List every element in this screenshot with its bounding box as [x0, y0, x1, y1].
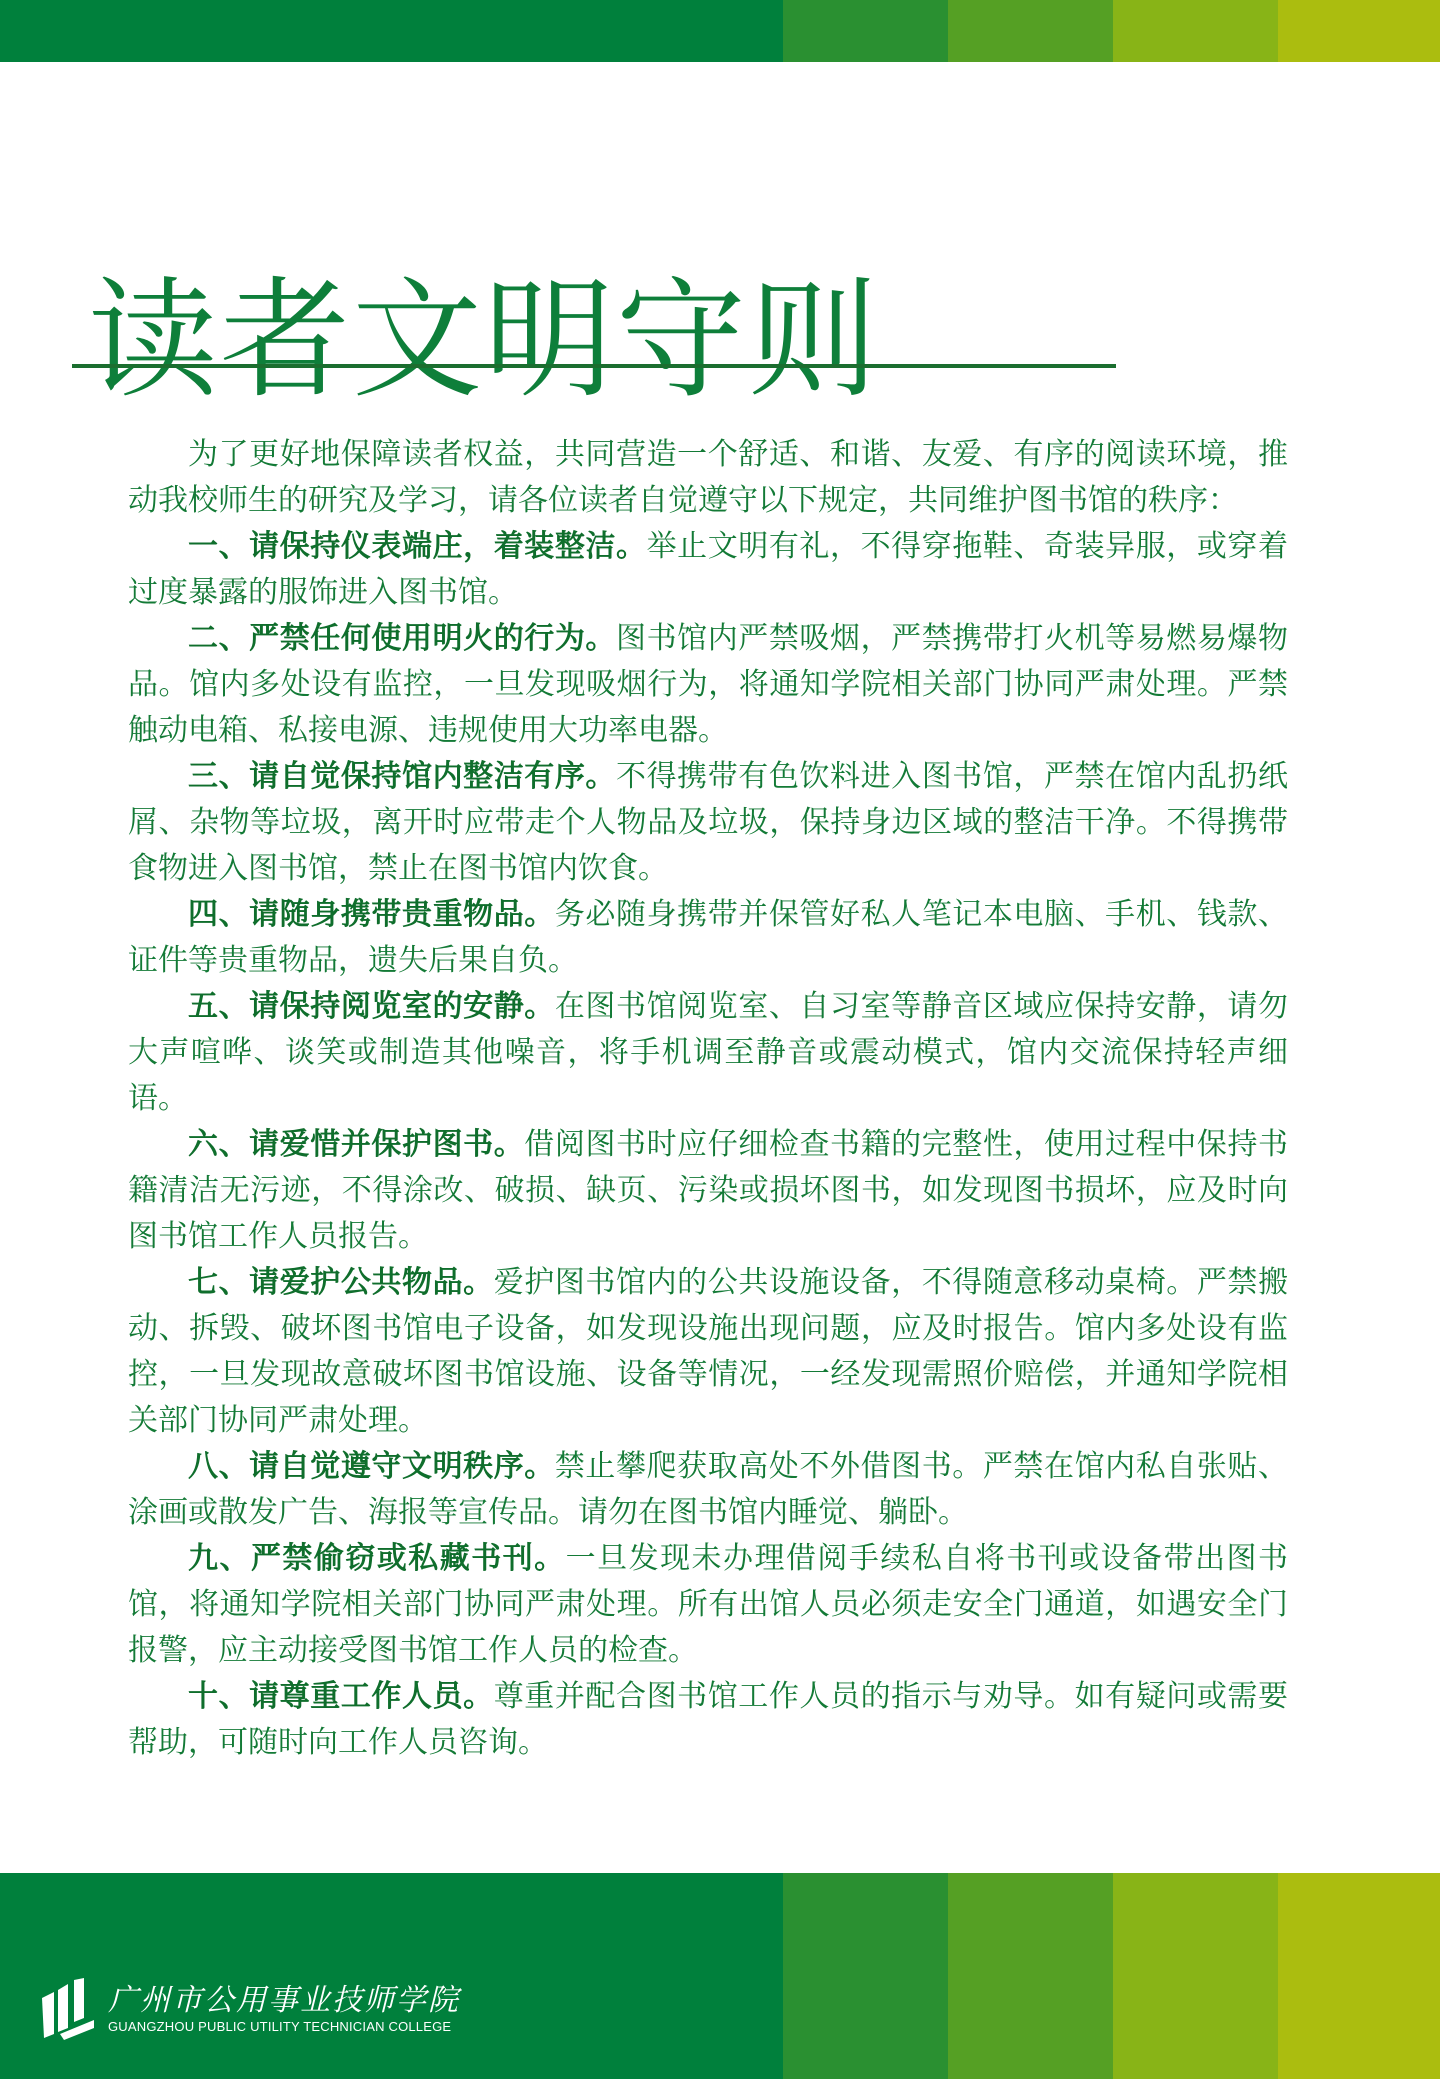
rule-item: 十、请尊重工作人员。尊重并配合图书馆工作人员的指示与劝导。如有疑问或需要帮助，可… — [128, 1674, 1288, 1766]
footer-color-band — [0, 1873, 1440, 2079]
rule-heading: 六、请爱惜并保护图书。 — [188, 1127, 524, 1162]
rule-item: 一、请保持仪表端庄，着装整洁。举止文明有礼，不得穿拖鞋、奇装异服，或穿着过度暴露… — [128, 524, 1288, 616]
band-segment — [1113, 0, 1278, 62]
rule-item: 七、请爱护公共物品。爱护图书馆内的公共设施设备，不得随意移动桌椅。严禁搬动、拆毁… — [128, 1260, 1288, 1444]
rule-item: 九、严禁偷窃或私藏书刊。一旦发现未办理借阅手续私自将书刊或设备带出图书馆，将通知… — [128, 1536, 1288, 1674]
band-segment — [948, 0, 1113, 62]
band-segment — [1278, 1873, 1440, 2079]
rule-item: 八、请自觉遵守文明秩序。禁止攀爬获取高处不外借图书。严禁在馆内私自张贴、涂画或散… — [128, 1444, 1288, 1536]
rule-item: 三、请自觉保持馆内整洁有序。不得携带有色饮料进入图书馆，严禁在馆内乱扔纸屑、杂物… — [128, 754, 1288, 892]
rule-heading: 七、请爱护公共物品。 — [188, 1265, 494, 1300]
college-name-cn: 广州市公用事业技师学院 — [108, 1983, 460, 2019]
rule-item: 六、请爱惜并保护图书。借阅图书时应仔细检查书籍的完整性，使用过程中保持书籍清洁无… — [128, 1122, 1288, 1260]
top-color-band — [0, 0, 1440, 62]
rule-heading: 四、请随身携带贵重物品。 — [188, 897, 555, 932]
rules-content: 为了更好地保障读者权益，共同营造一个舒适、和谐、友爱、有序的阅读环境，推动我校师… — [128, 432, 1288, 1766]
college-name-en: GUANGZHOU PUBLIC UTILITY TECHNICIAN COLL… — [108, 2019, 460, 2035]
rule-item: 二、严禁任何使用明火的行为。图书馆内严禁吸烟，严禁携带打火机等易燃易爆物品。馆内… — [128, 616, 1288, 754]
rule-heading: 三、请自觉保持馆内整洁有序。 — [188, 759, 616, 794]
college-logo: 广州市公用事业技师学院 GUANGZHOU PUBLIC UTILITY TEC… — [40, 1978, 460, 2040]
intro-paragraph: 为了更好地保障读者权益，共同营造一个舒适、和谐、友爱、有序的阅读环境，推动我校师… — [128, 432, 1288, 524]
rule-heading: 一、请保持仪表端庄，着装整洁。 — [188, 529, 647, 564]
band-segment — [948, 1873, 1113, 2079]
title-divider — [72, 364, 1116, 368]
rule-item: 四、请随身携带贵重物品。务必随身携带并保管好私人笔记本电脑、手机、钱款、证件等贵… — [128, 892, 1288, 984]
band-segment — [1113, 1873, 1278, 2079]
rule-heading: 八、请自觉遵守文明秩序。 — [188, 1449, 555, 1484]
band-segment — [0, 0, 783, 62]
rule-heading: 五、请保持阅览室的安静。 — [188, 989, 555, 1024]
page-title: 读者文明守则 — [88, 265, 880, 415]
rule-heading: 十、请尊重工作人员。 — [188, 1679, 494, 1714]
rule-item: 五、请保持阅览室的安静。在图书馆阅览室、自习室等静音区域应保持安静，请勿大声喧哗… — [128, 984, 1288, 1122]
rule-heading: 九、严禁偷窃或私藏书刊。 — [188, 1541, 566, 1576]
band-segment — [0, 1873, 783, 2079]
rule-heading: 二、严禁任何使用明火的行为。 — [188, 621, 616, 656]
band-segment — [1278, 0, 1440, 62]
college-logo-icon — [40, 1978, 96, 2040]
band-segment — [783, 1873, 948, 2079]
band-segment — [783, 0, 948, 62]
